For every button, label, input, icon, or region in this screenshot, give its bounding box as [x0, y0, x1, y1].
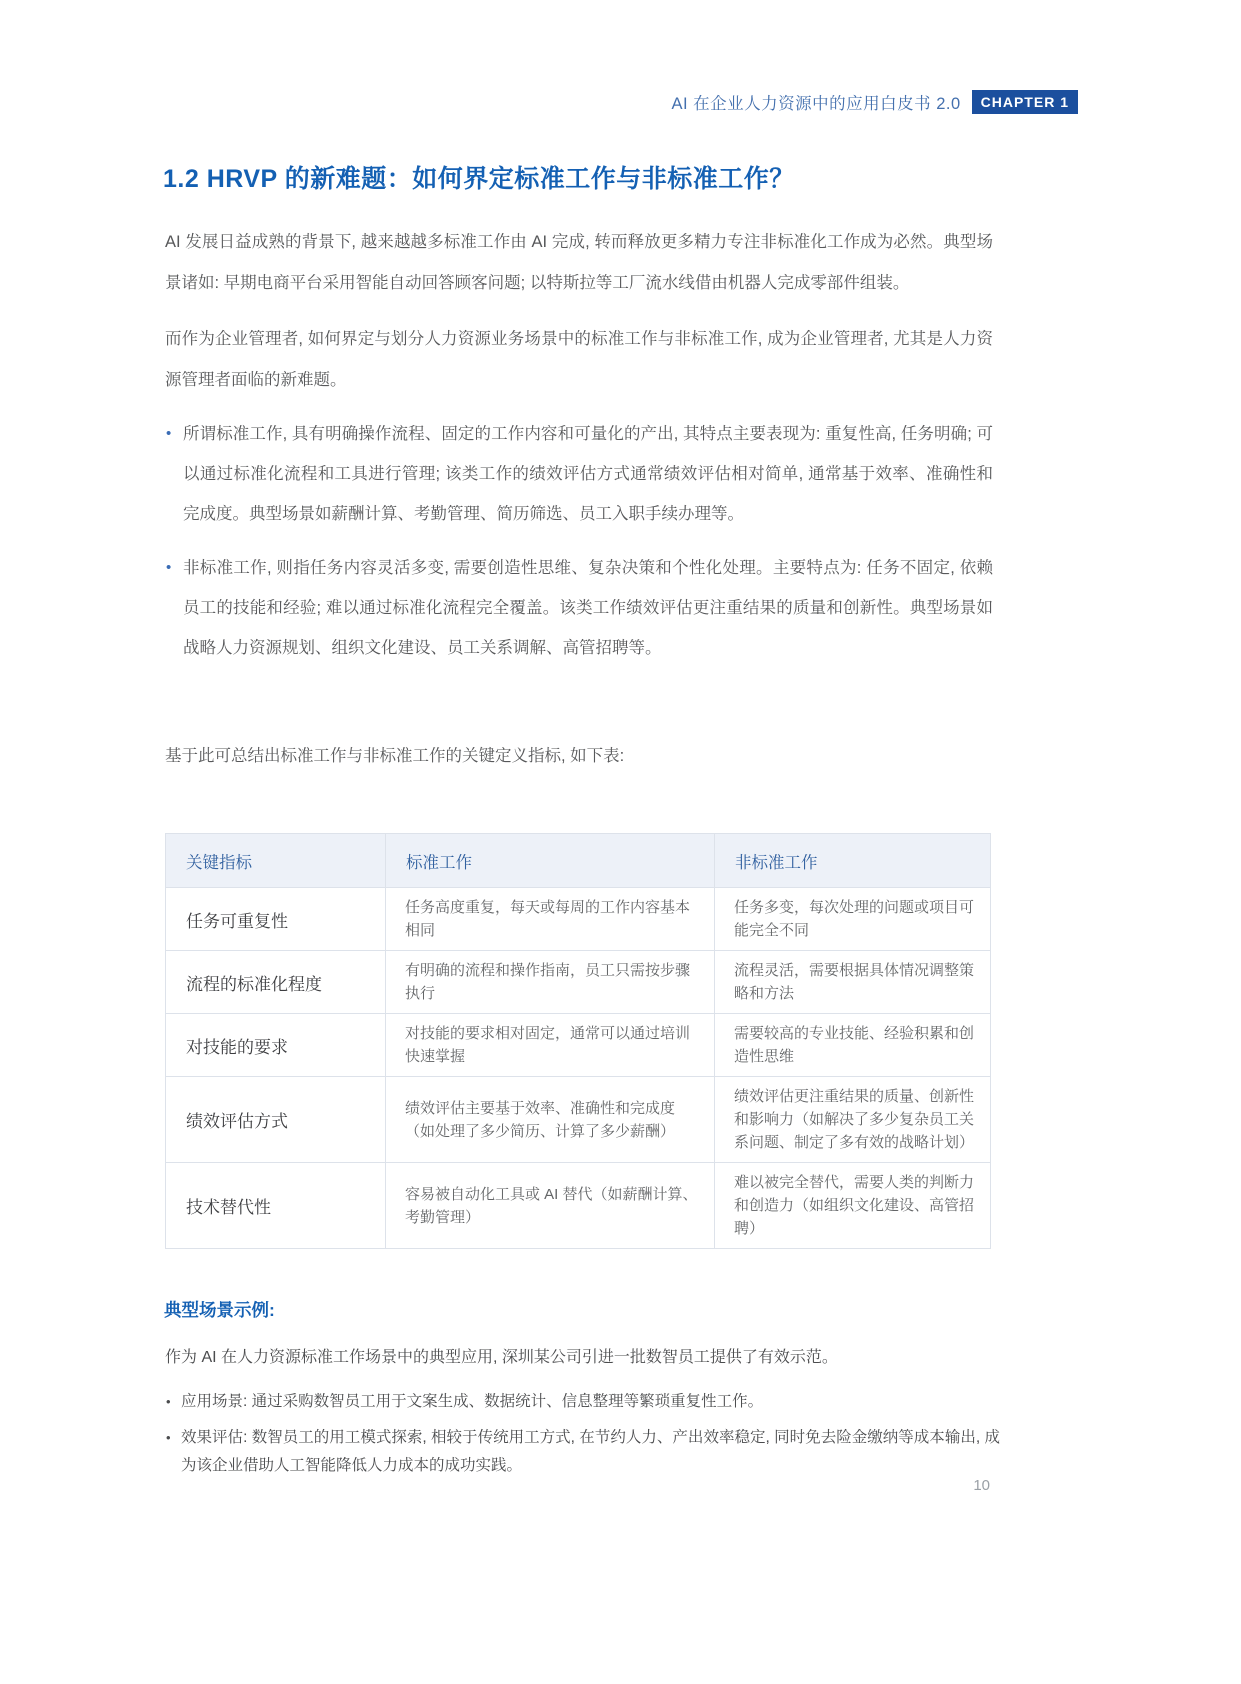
row-label-cell: 技术替代性 — [166, 1163, 386, 1249]
bullet-item-nonstandard-work: • 非标准工作, 则指任务内容灵活多变, 需要创造性思维、复杂决策和个性化处理。… — [165, 548, 993, 668]
chapter-badge: CHAPTER 1 — [972, 90, 1078, 114]
whitepaper-page: AI 在企业人力资源中的应用白皮书 2.0 CHAPTER 1 1.2 HRVP… — [0, 0, 1241, 1684]
bullet-text: 效果评估: 数智员工的用工模式探索, 相较于传统用工方式, 在节约人力、产出效率… — [181, 1429, 1000, 1474]
table-intro: 基于此可总结出标准工作与非标准工作的关键定义指标, 如下表: — [165, 742, 993, 770]
bullet-dot-icon: • — [166, 548, 171, 588]
paragraph-problem: 而作为企业管理者, 如何界定与划分人力资源业务场景中的标准工作与非标准工作, 成… — [165, 319, 993, 401]
page-number: 10 — [973, 1477, 990, 1494]
nonstandard-cell: 任务多变，每次处理的问题或项目可能完全不同 — [715, 888, 991, 951]
bullet-dot-icon: • — [166, 414, 171, 454]
section-title: 1.2 HRVP 的新难题：如何界定标准工作与非标准工作？ — [163, 159, 795, 195]
paragraph-intro: AI 发展日益成熟的背景下, 越来越越多标准工作由 AI 完成, 转而释放更多精… — [165, 222, 993, 304]
table-row: 流程的标准化程度 有明确的流程和操作指南，员工只需按步骤执行 流程灵活，需要根据… — [166, 951, 991, 1014]
bullet-dot-icon: • — [166, 1424, 171, 1452]
row-label-cell: 对技能的要求 — [166, 1014, 386, 1077]
table-row: 绩效评估方式 绩效评估主要基于效率、准确性和完成度（如处理了多少简历、计算了多少… — [166, 1077, 991, 1163]
example-intro: 作为 AI 在人力资源标准工作场景中的典型应用, 深圳某公司引进一批数智员工提供… — [165, 1345, 1005, 1371]
page-header: AI 在企业人力资源中的应用白皮书 2.0 CHAPTER 1 — [671, 90, 1078, 114]
bullet-text: 所谓标准工作, 具有明确操作流程、固定的工作内容和可量化的产出, 其特点主要表现… — [183, 425, 993, 523]
definition-table: 关键指标 标准工作 非标准工作 任务可重复性 任务高度重复，每天或每周的工作内容… — [165, 833, 991, 1249]
example-bullet-scenario: • 应用场景: 通过采购数智员工用于文案生成、数据统计、信息整理等繁琐重复性工作… — [165, 1388, 1000, 1416]
bullet-text: 应用场景: 通过采购数智员工用于文案生成、数据统计、信息整理等繁琐重复性工作。 — [181, 1393, 763, 1410]
example-bullet-list: • 应用场景: 通过采购数智员工用于文案生成、数据统计、信息整理等繁琐重复性工作… — [165, 1388, 1000, 1488]
bullet-text: 非标准工作, 则指任务内容灵活多变, 需要创造性思维、复杂决策和个性化处理。主要… — [183, 559, 993, 657]
standard-cell: 容易被自动化工具或 AI 替代（如薪酬计算、考勤管理） — [386, 1163, 715, 1249]
table-row: 对技能的要求 对技能的要求相对固定，通常可以通过培训快速掌握 需要较高的专业技能… — [166, 1014, 991, 1077]
row-label-cell: 流程的标准化程度 — [166, 951, 386, 1014]
table-row: 技术替代性 容易被自动化工具或 AI 替代（如薪酬计算、考勤管理） 难以被完全替… — [166, 1163, 991, 1249]
definition-bullet-list: • 所谓标准工作, 具有明确操作流程、固定的工作内容和可量化的产出, 其特点主要… — [165, 414, 993, 682]
nonstandard-cell: 需要较高的专业技能、经验积累和创造性思维 — [715, 1014, 991, 1077]
table-header-nonstandard: 非标准工作 — [715, 834, 991, 888]
doc-title: AI 在企业人力资源中的应用白皮书 2.0 — [671, 90, 960, 114]
standard-cell: 有明确的流程和操作指南，员工只需按步骤执行 — [386, 951, 715, 1014]
nonstandard-cell: 绩效评估更注重结果的质量、创新性和影响力（如解决了多少复杂员工关系问题、制定了多… — [715, 1077, 991, 1163]
standard-cell: 绩效评估主要基于效率、准确性和完成度（如处理了多少简历、计算了多少薪酬） — [386, 1077, 715, 1163]
row-label-cell: 任务可重复性 — [166, 888, 386, 951]
nonstandard-cell: 流程灵活，需要根据具体情况调整策略和方法 — [715, 951, 991, 1014]
nonstandard-cell: 难以被完全替代，需要人类的判断力和创造力（如组织文化建设、高管招聘） — [715, 1163, 991, 1249]
table-header-standard: 标准工作 — [386, 834, 715, 888]
table-header-row: 关键指标 标准工作 非标准工作 — [166, 834, 991, 888]
row-label-cell: 绩效评估方式 — [166, 1077, 386, 1163]
standard-cell: 任务高度重复，每天或每周的工作内容基本相同 — [386, 888, 715, 951]
bullet-dot-icon: • — [166, 1388, 171, 1416]
bullet-item-standard-work: • 所谓标准工作, 具有明确操作流程、固定的工作内容和可量化的产出, 其特点主要… — [165, 414, 993, 534]
standard-cell: 对技能的要求相对固定，通常可以通过培训快速掌握 — [386, 1014, 715, 1077]
table-row: 任务可重复性 任务高度重复，每天或每周的工作内容基本相同 任务多变，每次处理的问… — [166, 888, 991, 951]
example-bullet-evaluation: • 效果评估: 数智员工的用工模式探索, 相较于传统用工方式, 在节约人力、产出… — [165, 1424, 1000, 1480]
table-header-key-indicator: 关键指标 — [166, 834, 386, 888]
example-heading: 典型场景示例: — [164, 1297, 275, 1322]
